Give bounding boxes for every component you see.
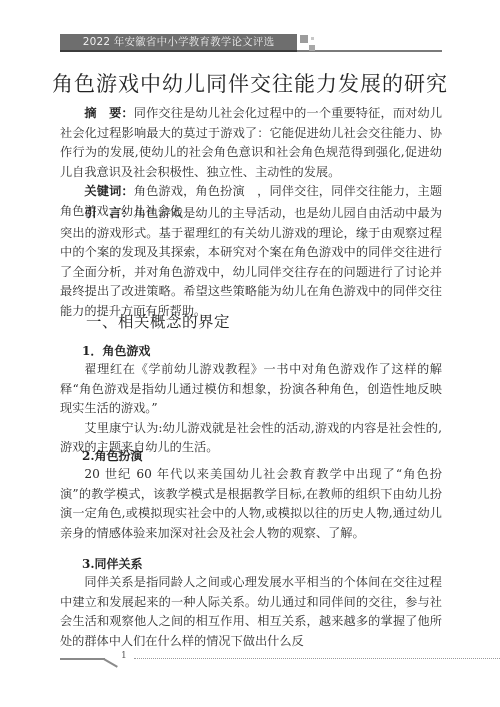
header-banner: 2022 年安徽省中小学教育教学论文评选	[60, 34, 297, 50]
paragraph: 同伴关系是指同龄人之间或心理发展水平相当的个体间在交往过程中建立和发展起来的一种…	[60, 573, 442, 651]
introduction-block: 引 言：角色游戏是幼儿的主导活动，也是幼儿园自由活动中最为突出的游戏形式。基于翟…	[60, 204, 442, 322]
decorative-square-icon	[311, 37, 314, 40]
section-heading: 一、相关概念的界定	[86, 310, 230, 332]
abstract-paragraph: 摘 要：同作交往是幼儿社会化过程中的一个重要特征，而对幼儿社会化过程影响最大的莫…	[60, 104, 442, 182]
keywords-label: 关键词：	[84, 184, 133, 198]
paragraph: 20 世纪 60 年代以来美国幼儿社会教育教学中出现了“角色扮演”的教学模式，该…	[60, 465, 442, 543]
paper-title: 角色游戏中幼儿同伴交往能力发展的研究	[0, 68, 500, 98]
introduction-label: 引 言：	[84, 206, 133, 220]
introduction-paragraph: 引 言：角色游戏是幼儿的主导活动，也是幼儿园自由活动中最为突出的游戏形式。基于翟…	[60, 204, 442, 322]
footer-dotted-rule	[134, 658, 500, 659]
page-number: 1	[121, 651, 127, 661]
subsection-body-peer-relationship: 同伴关系是指同龄人之间或心理发展水平相当的个体间在交往过程中建立和发展起来的一种…	[60, 573, 442, 651]
subsection-heading-peer-relationship: 3.同伴关系	[82, 555, 143, 572]
subsection-body-role-play-game: 翟理红在《学前幼儿游戏教程》一书中对角色游戏作了这样的解释“角色游戏是指幼儿通过…	[60, 360, 442, 458]
subsection-heading-role-playing: 2.角色扮演	[82, 447, 143, 464]
abstract-label: 摘 要：	[84, 106, 133, 120]
subsection-body-role-playing: 20 世纪 60 年代以来美国幼儿社会教育教学中出现了“角色扮演”的教学模式，该…	[60, 465, 442, 543]
running-header: 2022 年安徽省中小学教育教学论文评选	[60, 34, 442, 52]
decorative-square-icon	[300, 35, 308, 43]
footer-rule-diagonal	[103, 658, 118, 667]
header-bar-underline	[60, 50, 297, 52]
footer-rule-left	[60, 658, 105, 660]
subsection-heading-role-play-game: 1．角色游戏	[82, 342, 150, 359]
page-footer: 1	[60, 650, 500, 670]
paragraph: 翟理红在《学前幼儿游戏教程》一书中对角色游戏作了这样的解释“角色游戏是指幼儿通过…	[60, 360, 442, 419]
introduction-text: 角色游戏是幼儿的主导活动，也是幼儿园自由活动中最为突出的游戏形式。基于翟理红的有…	[60, 206, 442, 318]
decorative-square-icon	[309, 45, 315, 51]
